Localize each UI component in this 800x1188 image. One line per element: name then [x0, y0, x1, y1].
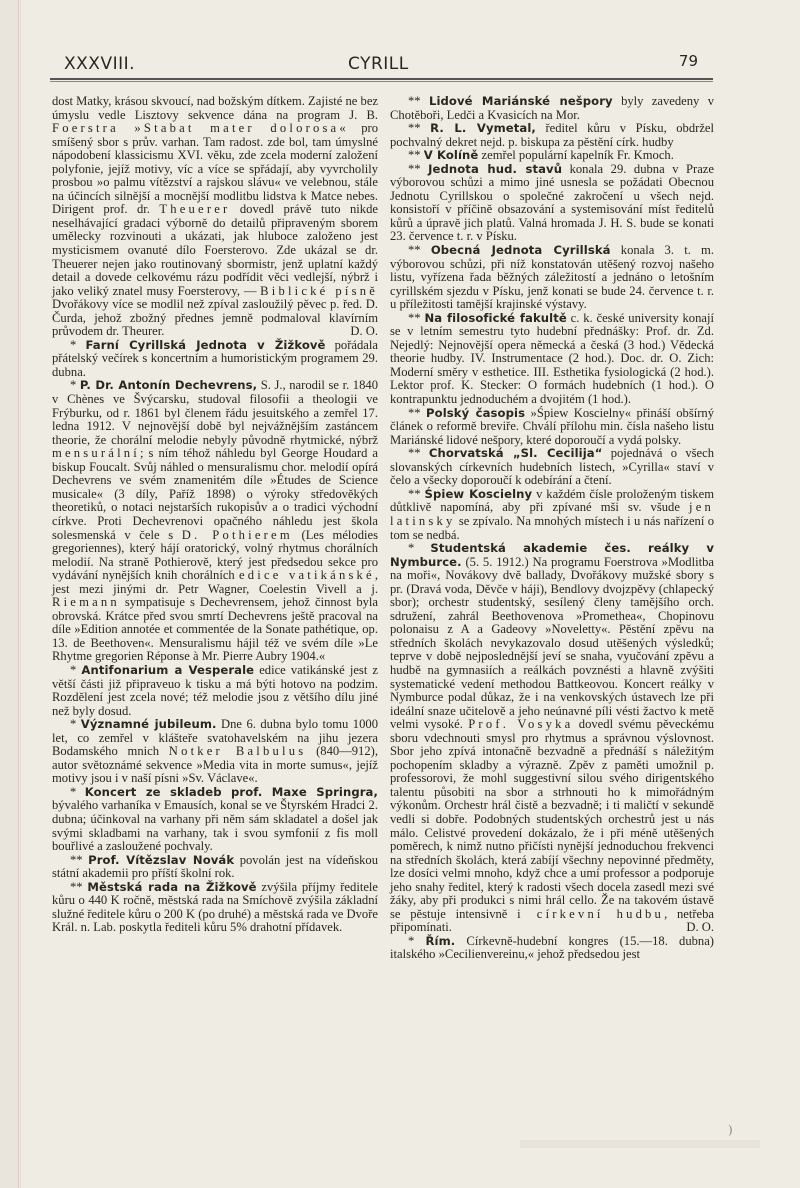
header-rule-thin — [50, 81, 713, 82]
news-heading: V Kolíně — [424, 148, 479, 162]
news-heading: Lidové Mariánské nešpory — [429, 94, 613, 108]
news-item: ** Obecná Jednota Cyrillská konala 3. t.… — [390, 244, 714, 312]
journal-title: CYRILL — [348, 54, 409, 74]
news-item: * Řím. Církevně-hudební kongres (15.—18.… — [390, 935, 714, 962]
news-heading: Polský časopis — [426, 406, 525, 420]
news-item: * Farní Cyrillská Jednota v Žižkově pořá… — [52, 339, 378, 380]
left-column: dost Matky, krásou skvoucí, nad božským … — [52, 95, 378, 935]
page-number: 79 — [679, 52, 698, 70]
news-item: ** Lidové Mariánské nešpory byly zaveden… — [390, 95, 714, 122]
author-signature: D. O. — [668, 921, 714, 935]
news-heading: Prof. Vítězslav Novák — [88, 853, 234, 867]
news-item: ** Śpiew Koscielny v každém čísle prolož… — [390, 488, 714, 542]
page-margin-line — [20, 0, 21, 1188]
news-item: ** Městská rada na Žižkově zvýšila příjm… — [52, 881, 378, 935]
news-item: ** Prof. Vítězslav Novák povolán jest na… — [52, 854, 378, 881]
article-continuation: dost Matky, krásou skvoucí, nad božským … — [52, 95, 378, 339]
news-heading: Koncert ze skladeb prof. Maxe Springra, — [85, 785, 378, 799]
page-binding-edge — [0, 0, 19, 1188]
running-header: XXXVIII. CYRILL 79 — [64, 52, 712, 78]
header-rule — [50, 78, 713, 80]
news-heading: Antifonarium a Vesperale — [81, 663, 254, 677]
news-item: ** Jednota hud. stavů konala 29. dubna v… — [390, 163, 714, 244]
paper-stain — [520, 1140, 760, 1148]
news-heading: Na filosofické fakultě — [424, 311, 566, 325]
spaced-text: Foerstra »Stabat mater dolorosa« — [52, 121, 349, 135]
news-item: * Významné jubileum. Dne 6. dubna bylo t… — [52, 718, 378, 786]
news-item: * P. Dr. Antonín Dechevrens, S. J., naro… — [52, 379, 378, 663]
news-item: ** Chorvatská „Sl. Cecilija“ pojednává o… — [390, 447, 714, 488]
news-item: * Antifonarium a Vesperale edice vatikán… — [52, 664, 378, 718]
news-heading: Řím. — [425, 934, 455, 948]
news-heading: R. L. Vymetal, — [430, 121, 536, 135]
news-item: ** V Kolíně zemřel populární kapelník Fr… — [390, 149, 714, 163]
news-heading: Jednota hud. stavů — [428, 162, 562, 176]
news-heading: P. Dr. Antonín Dechevrens, — [80, 378, 257, 392]
news-item: ** Na filosofické fakultě c. k. české un… — [390, 312, 714, 407]
news-item: * Koncert ze skladeb prof. Maxe Springra… — [52, 786, 378, 854]
news-heading: Významné jubileum. — [81, 717, 217, 731]
news-item: * Studentská akademie čes. reálky v Nymb… — [390, 542, 714, 935]
author-signature: D. O. — [350, 325, 378, 339]
news-heading: Obecná Jednota Cyrillská — [431, 243, 611, 257]
news-item: ** Polský časopis »Śpiew Koscielny« přin… — [390, 407, 714, 448]
margin-mark: ) — [728, 1123, 733, 1137]
news-item: ** R. L. Vymetal, ředitel kůru v Písku, … — [390, 122, 714, 149]
news-heading: Městská rada na Žižkově — [87, 880, 256, 894]
news-heading: Farní Cyrillská Jednota v Žižkově — [85, 338, 325, 352]
right-column: ** Lidové Mariánské nešpory byly zaveden… — [390, 95, 714, 962]
news-heading: Chorvatská „Sl. Cecilija“ — [429, 446, 603, 460]
news-heading: Śpiew Koscielny — [425, 487, 533, 501]
volume-number: XXXVIII. — [64, 54, 135, 74]
